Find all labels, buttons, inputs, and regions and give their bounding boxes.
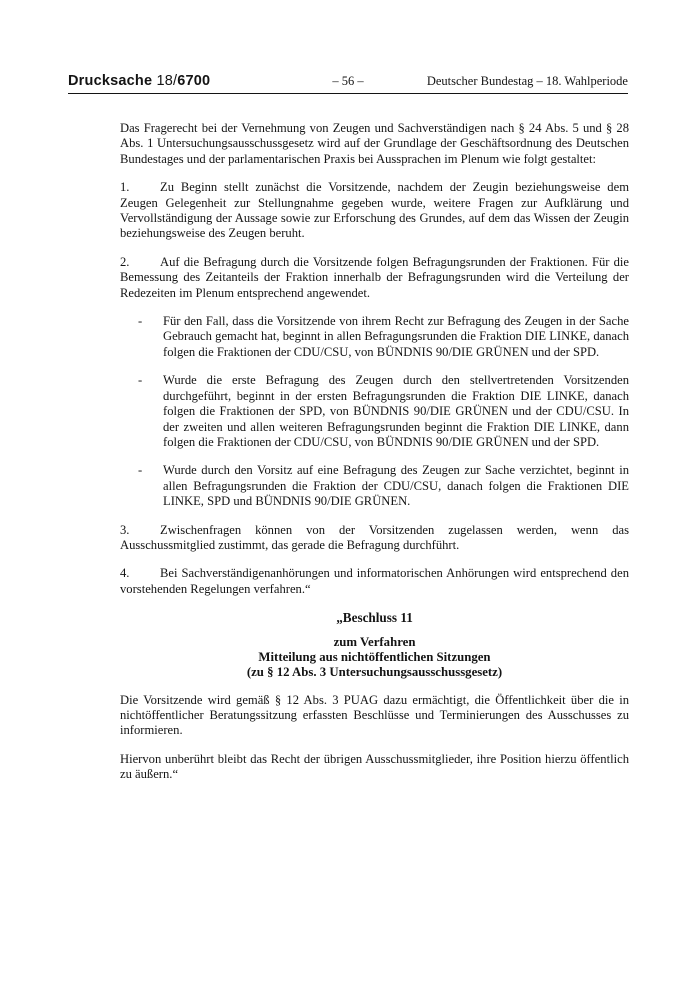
- decision-title: „Beschluss 11: [120, 610, 629, 625]
- bullet-item: - Wurde durch den Vorsitz auf eine Befra…: [138, 463, 629, 509]
- page-number: – 56 –: [332, 74, 363, 89]
- bullet-text: Wurde durch den Vorsitz auf eine Befragu…: [163, 463, 629, 509]
- numbered-paragraph-2: 2.Auf die Befragung durch die Vorsitzend…: [120, 255, 629, 301]
- doc-number-value: 6700: [177, 73, 210, 89]
- header-title: Deutscher Bundestag – 18. Wahlperiode: [364, 74, 628, 89]
- decision-subtitle-2: Mitteilung aus nichtöffentlichen Sitzung…: [120, 650, 629, 665]
- item-number: 3.: [120, 523, 160, 538]
- decision-subtitle-3: (zu § 12 Abs. 3 Untersuchungsausschussge…: [120, 665, 629, 680]
- page-header: Drucksache 18/6700 – 56 – Deutscher Bund…: [68, 73, 628, 94]
- paragraph-intro: Das Fragerecht bei der Vernehmung von Ze…: [120, 121, 629, 167]
- numbered-paragraph-3: 3.Zwischenfragen können von der Vorsitze…: [120, 523, 629, 554]
- item-text: Bei Sachverständigenanhörungen und infor…: [120, 566, 629, 595]
- closing-paragraph-1: Die Vorsitzende wird gemäß § 12 Abs. 3 P…: [120, 693, 629, 739]
- doc-number: Drucksache 18/6700: [68, 73, 332, 89]
- doc-label: Drucksache: [68, 73, 152, 89]
- numbered-paragraph-1: 1.Zu Beginn stellt zunächst die Vorsitze…: [120, 180, 629, 242]
- item-text: Auf die Befragung durch die Vorsitzende …: [120, 255, 629, 300]
- item-number: 1.: [120, 180, 160, 195]
- dash-marker: -: [138, 314, 163, 360]
- doc-number-prefix: 18/: [156, 73, 177, 89]
- closing-paragraph-2: Hiervon unberührt bleibt das Recht der ü…: [120, 752, 629, 783]
- document-page: Drucksache 18/6700 – 56 – Deutscher Bund…: [0, 0, 700, 990]
- bullet-text: Für den Fall, dass die Vorsitzende von i…: [163, 314, 629, 360]
- item-text: Zu Beginn stellt zunächst die Vorsitzend…: [120, 180, 629, 240]
- bullet-text: Wurde die erste Befragung des Zeugen dur…: [163, 373, 629, 450]
- document-body: Das Fragerecht bei der Vernehmung von Ze…: [120, 121, 629, 796]
- decision-subtitle-1: zum Verfahren: [120, 635, 629, 650]
- dash-marker: -: [138, 463, 163, 509]
- item-number: 4.: [120, 566, 160, 581]
- item-number: 2.: [120, 255, 160, 270]
- bullet-item: - Für den Fall, dass die Vorsitzende von…: [138, 314, 629, 360]
- dash-marker: -: [138, 373, 163, 450]
- decision-heading: „Beschluss 11 zum Verfahren Mitteilung a…: [120, 610, 629, 679]
- item-text: Zwischenfragen können von der Vorsitzend…: [120, 523, 629, 552]
- bullet-item: - Wurde die erste Befragung des Zeugen d…: [138, 373, 629, 450]
- numbered-paragraph-4: 4.Bei Sachverständigenanhörungen und inf…: [120, 566, 629, 597]
